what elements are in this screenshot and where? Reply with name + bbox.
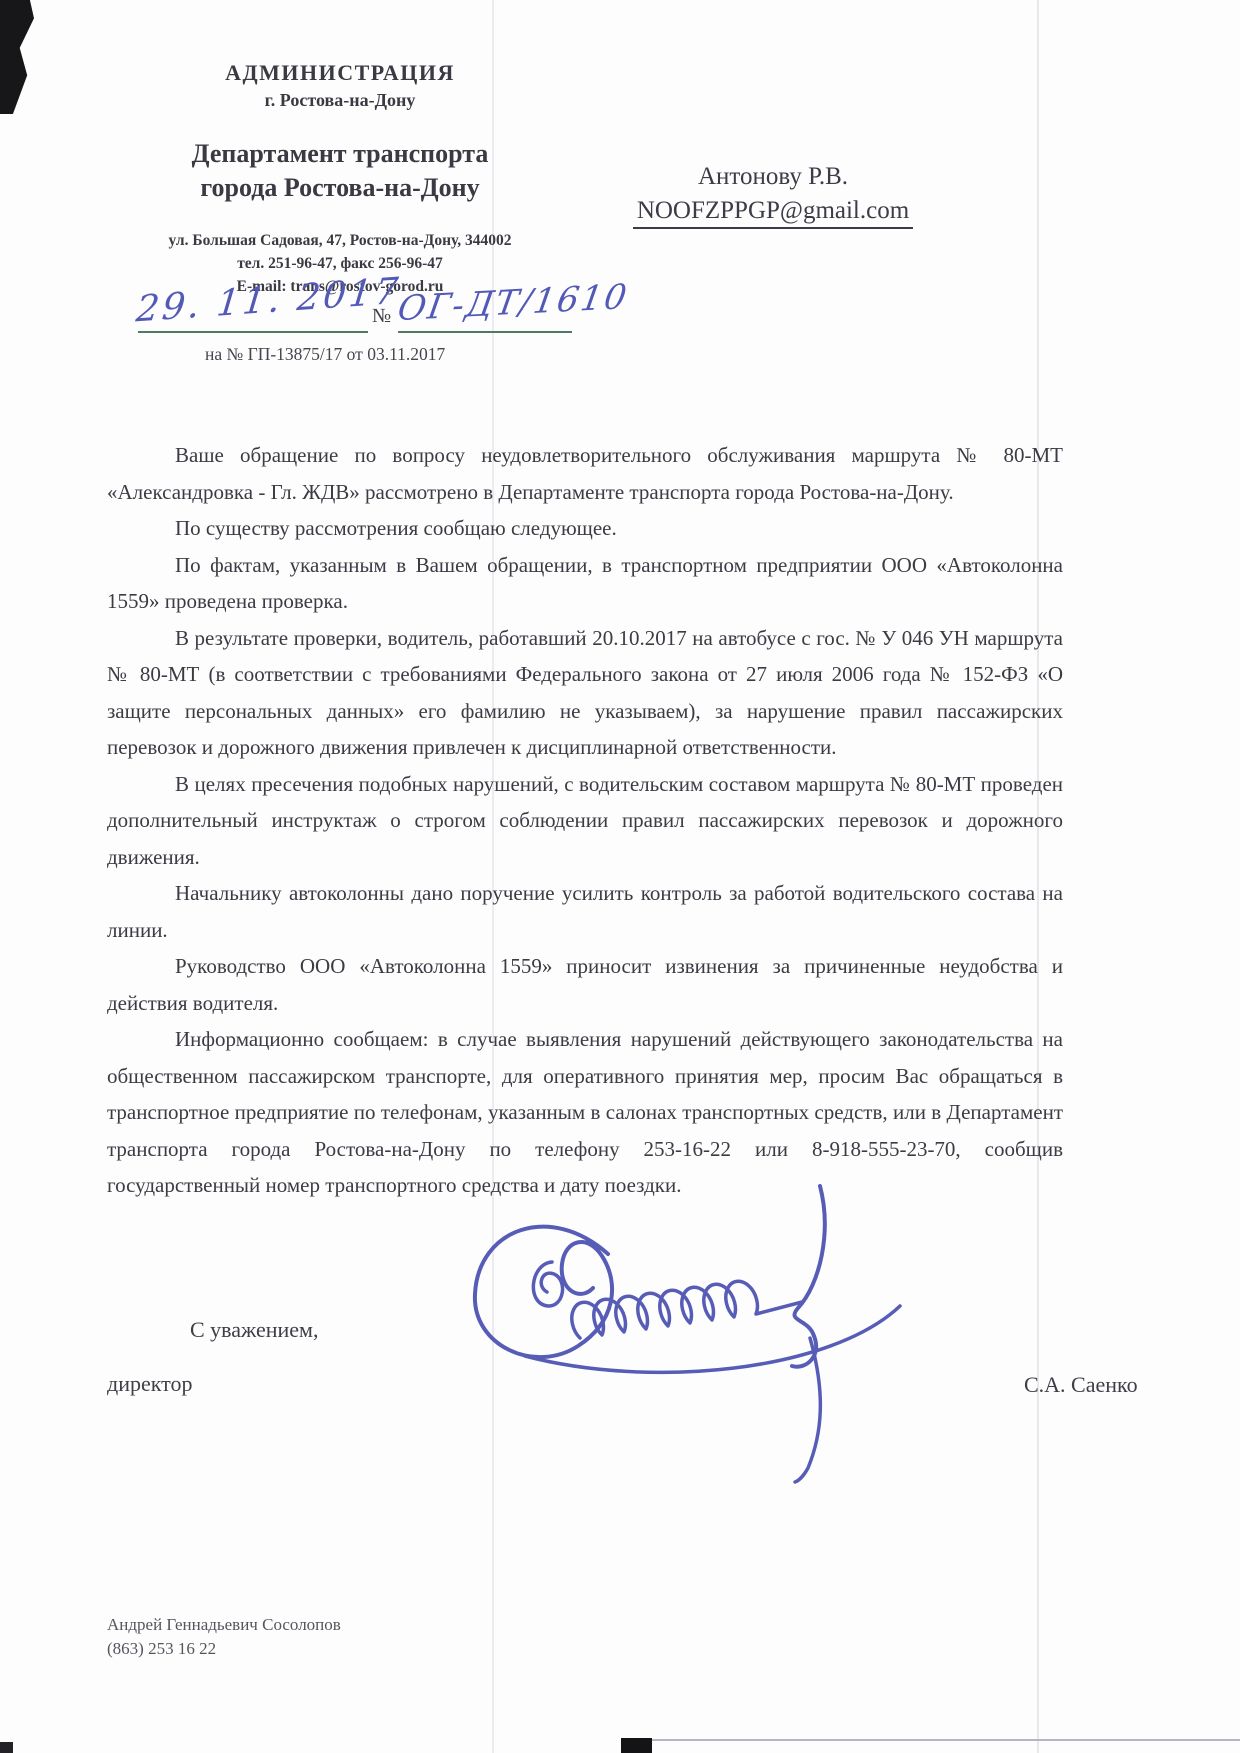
scan-corner-artifact xyxy=(0,0,34,114)
org-name: АДМИНИСТРАЦИЯ xyxy=(118,60,562,86)
recipient-block: Антонову Р.В. NOOFZPPGP@gmail.com xyxy=(608,163,938,229)
body-paragraph: По фактам, указанным в Вашем обращении, … xyxy=(107,547,1063,620)
body-paragraph: Информационно сообщаем: в случае выявлен… xyxy=(107,1021,1063,1204)
signoff-title: директор xyxy=(107,1371,192,1397)
department-line1: Департамент транспорта xyxy=(192,139,489,168)
department-name: Департамент транспорта города Ростова-на… xyxy=(118,137,562,205)
scan-bottom-artifact xyxy=(0,1742,13,1753)
body-paragraph: По существу рассмотрения сообщаю следующ… xyxy=(107,510,1063,547)
reply-reference: на № ГП-13875/17 от 03.11.2017 xyxy=(205,344,445,365)
scan-bottom-artifact xyxy=(621,1738,652,1753)
signoff-name: С.А. Саенко xyxy=(1024,1372,1138,1398)
body-paragraph: Ваше обращение по вопросу неудовлетворит… xyxy=(107,437,1063,510)
executor-phone: (863) 253 16 22 xyxy=(107,1637,341,1661)
recipient-email: NOOFZPPGP@gmail.com xyxy=(633,197,913,229)
signature-icon xyxy=(430,1184,930,1484)
executor-name: Андрей Геннадьевич Сосолопов xyxy=(107,1613,341,1637)
executor-block: Андрей Геннадьевич Сосолопов (863) 253 1… xyxy=(107,1613,341,1661)
letterhead: АДМИНИСТРАЦИЯ г. Ростова-на-Дону Департа… xyxy=(118,60,562,298)
recipient-name: Антонову Р.В. xyxy=(608,163,938,191)
signoff-regards: С уважением, xyxy=(190,1317,318,1343)
letter-body: Ваше обращение по вопросу неудовлетворит… xyxy=(107,437,1063,1204)
scan-bottom-line xyxy=(630,1739,1240,1741)
body-paragraph: В результате проверки, водитель, работав… xyxy=(107,620,1063,766)
body-paragraph: Начальнику автоколонны дано поручение ус… xyxy=(107,875,1063,948)
number-sign: № xyxy=(372,305,391,328)
department-line2: города Ростова-на-Дону xyxy=(200,173,479,202)
org-address: ул. Большая Садовая, 47, Ростов-на-Дону,… xyxy=(169,232,512,249)
number-underline xyxy=(398,331,572,333)
org-city: г. Ростова-на-Дону xyxy=(118,90,562,111)
body-paragraph: В целях пресечения подобных нарушений, с… xyxy=(107,766,1063,876)
body-paragraph: Руководство ООО «Автоколонна 1559» прино… xyxy=(107,948,1063,1021)
letter-page: АДМИНИСТРАЦИЯ г. Ростова-на-Дону Департа… xyxy=(0,0,1240,1753)
date-underline xyxy=(138,331,368,333)
org-phones: тел. 251-96-47, факс 256-96-47 xyxy=(237,255,443,272)
